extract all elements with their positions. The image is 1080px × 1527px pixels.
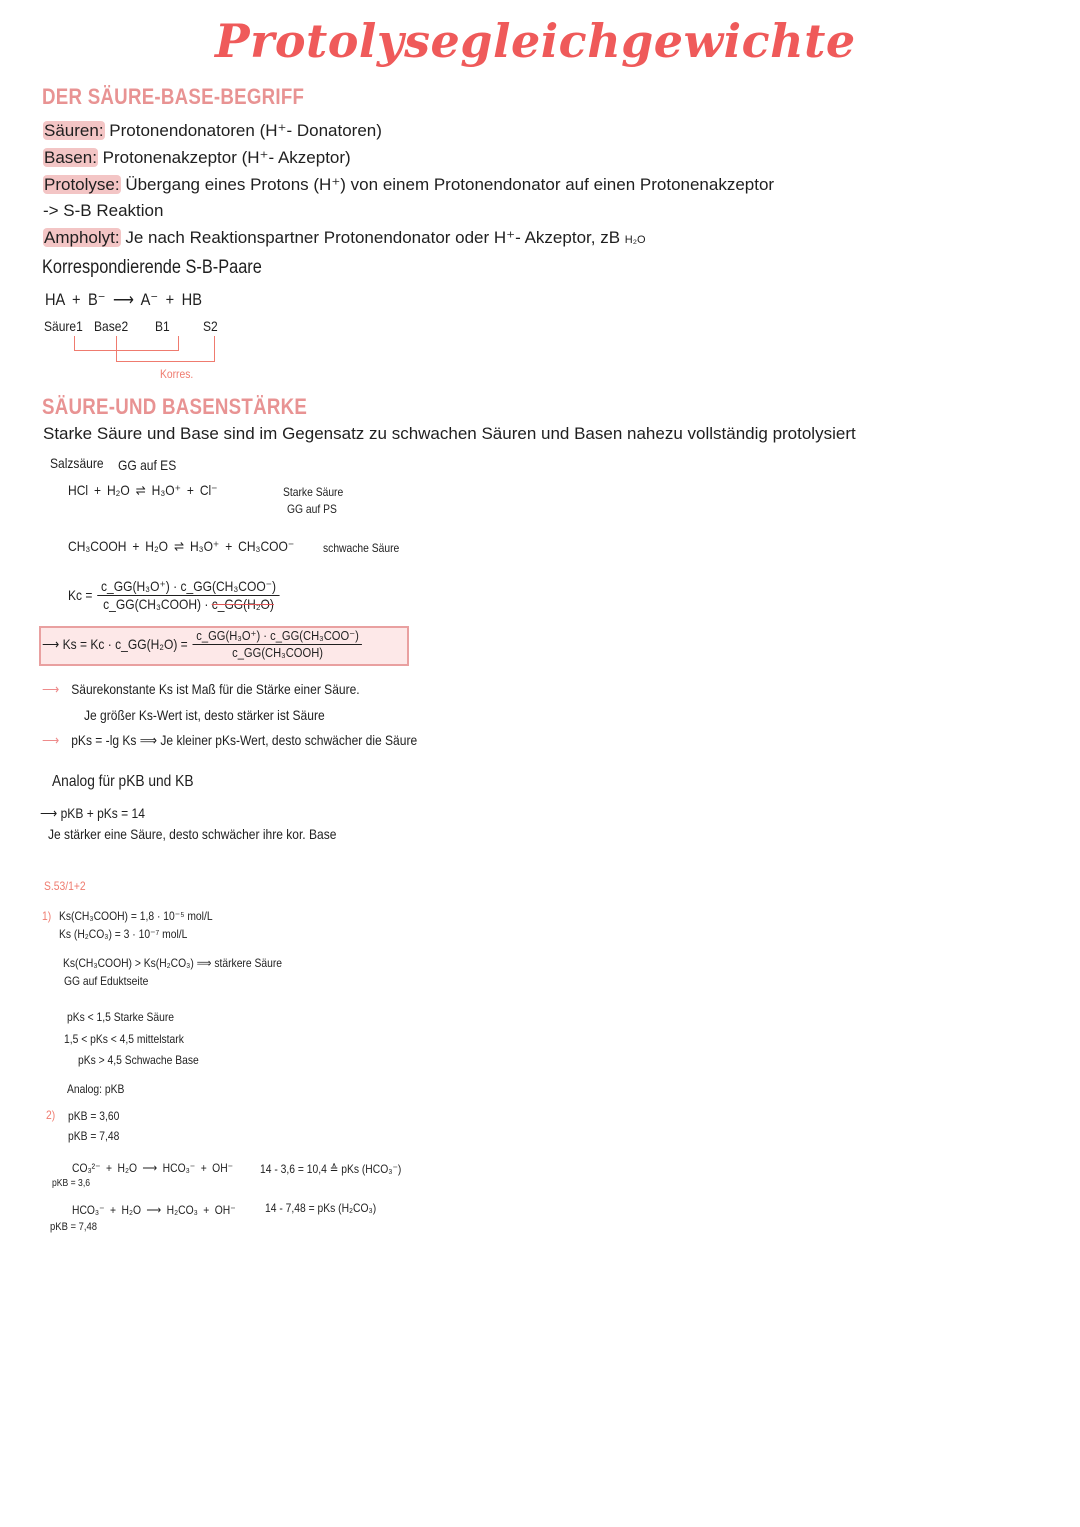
definition-bases: Basen: Protonenakzeptor (H⁺- Akzeptor)	[43, 148, 351, 168]
kc-denominator-a: c_GG(CH₃COOH) ·	[103, 596, 212, 612]
ks-expression: ⟶ Ks = Kc · c_GG(H₂O) = c_GG(H₃O⁺) · c_G…	[42, 628, 362, 660]
kc-denominator: c_GG(CH₃COOH) · c_GG(H₂O)	[100, 596, 278, 612]
pks-scale-weak: pKs > 4,5 Schwache Base	[78, 1053, 199, 1067]
term-acids: Säuren:	[43, 121, 105, 140]
pair-label-acid1: Säure1	[44, 318, 83, 334]
kc-fraction: c_GG(H₃O⁺) · c_GG(CH₃COO⁻) c_GG(CH₃COOH)…	[98, 578, 280, 612]
hcl-note: GG auf ES	[118, 457, 176, 473]
bicarbonate-reaction: HCO₃⁻ + H₂O ⟶ H₂CO₃ + OH⁻	[72, 1203, 236, 1217]
carbonate-pkb: pKB = 3,6	[52, 1178, 90, 1189]
exercise-2-number: 2)	[46, 1108, 55, 1122]
bicarbonate-pkb: pKB = 7,48	[50, 1221, 97, 1233]
pair-label-base2: Base2	[94, 318, 128, 334]
pair-label-s2: S2	[203, 318, 218, 334]
ks-acetic: Ks(CH₃COOH) = 1,8 · 10⁻⁵ mol/L	[59, 909, 213, 923]
pair-bracket-2	[116, 336, 215, 362]
pks-scale-medium: 1,5 < pKs < 4,5 mittelstark	[64, 1032, 184, 1046]
arrow-icon: ⟶	[42, 681, 59, 697]
pks-scale-strong: pKs < 1,5 Starke Säure	[67, 1010, 174, 1024]
hcl-label: Salzsäure	[50, 455, 104, 471]
analog-pkb: Analog für pKB und KB	[52, 773, 194, 791]
term-bases: Basen:	[43, 148, 98, 167]
term-protolysis: Protolyse:	[43, 175, 121, 194]
hcl-side-note-gg: GG auf PS	[287, 502, 337, 516]
kc-lhs: Kc =	[68, 587, 92, 603]
ks-denominator: c_GG(CH₃COOH)	[229, 645, 327, 660]
pairs-equation: HA + B⁻ ⟶ A⁻ + HB	[45, 290, 202, 310]
ks-numerator: c_GG(H₃O⁺) · c_GG(CH₃COO⁻)	[193, 628, 362, 645]
page-title: Protolysegleichgewichte	[215, 14, 856, 68]
note-text: pKs = -lg Ks ⟹ Je kleiner pKs-Wert, dest…	[71, 732, 417, 748]
strength-intro: Starke Säure und Base sind im Gegensatz …	[43, 424, 856, 444]
definition-text: Protonendonatoren (H⁺- Donatoren)	[109, 121, 382, 140]
ks-comparison: Ks(CH₃COOH) > Ks(H₂CO₃) ⟹ stärkere Säure	[63, 956, 282, 970]
definition-note: H₂O	[625, 234, 646, 246]
note-pks: ⟶ pKs = -lg Ks ⟹ Je kleiner pKs-Wert, de…	[42, 732, 417, 749]
exercise-1-number: 1)	[42, 909, 51, 923]
bicarbonate-calc: 14 - 7,48 = pKs (H₂CO₃)	[265, 1201, 376, 1215]
kc-denominator-b: c_GG(H₂O)	[212, 596, 274, 612]
analog-pkb-note: Analog: pKB	[67, 1082, 124, 1096]
ks-comparison-note: GG auf Eduktseite	[64, 974, 148, 988]
pair-label-b1: B1	[155, 318, 170, 334]
ks-fraction: c_GG(H₃O⁺) · c_GG(CH₃COO⁻) c_GG(CH₃COOH)	[193, 628, 362, 660]
carbonate-calc: 14 - 3,6 = 10,4 ≙ pKs (HCO₃⁻)	[260, 1162, 401, 1176]
definition-sb-reaction: -> S-B Reaktion	[43, 201, 163, 221]
note-text: Säurekonstante Ks ist Maß für die Stärke…	[71, 681, 359, 697]
ks-carbonic: Ks (H₂CO₃) = 3 · 10⁻⁷ mol/L	[59, 927, 187, 941]
exercise-reference: S.53/1+2	[44, 879, 86, 893]
definition-text: Übergang eines Protons (H⁺) von einem Pr…	[125, 175, 774, 194]
pairs-heading: Korrespondierende S-B-Paare	[42, 257, 262, 279]
ks-lhs: ⟶ Ks = Kc · c_GG(H₂O) =	[42, 636, 188, 653]
kc-numerator: c_GG(H₃O⁺) · c_GG(CH₃COO⁻)	[98, 578, 280, 596]
kc-expression: Kc = c_GG(H₃O⁺) · c_GG(CH₃COO⁻) c_GG(CH₃…	[68, 578, 279, 612]
pkb-value-2: pKB = 7,48	[68, 1129, 119, 1143]
pairs-bracket-label: Korres.	[160, 367, 193, 381]
carbonate-reaction: CO₃²⁻ + H₂O ⟶ HCO₃⁻ + OH⁻	[72, 1161, 233, 1175]
term-ampholyte: Ampholyt:	[43, 228, 121, 247]
section-heading-acid-base-strength: SÄURE-UND BASENSTÄRKE	[42, 394, 307, 420]
pkb-pks-sum: ⟶ pKB + pKs = 14	[40, 805, 145, 822]
hcl-equation: HCl + H₂O ⇌ H₃O⁺ + Cl⁻	[68, 482, 218, 499]
section-heading-acid-base-concept: DER SÄURE-BASE-BEGRIFF	[42, 84, 304, 110]
note-ks-larger: Je größer Ks-Wert ist, desto stärker ist…	[84, 707, 325, 723]
definition-ampholyte: Ampholyt: Je nach Reaktionspartner Proto…	[43, 228, 646, 248]
pkb-value-1: pKB = 3,60	[68, 1109, 119, 1123]
definition-text: Je nach Reaktionspartner Protonendonator…	[125, 228, 620, 247]
definition-text: Protonenakzeptor (H⁺- Akzeptor)	[103, 148, 351, 167]
definition-protolysis: Protolyse: Übergang eines Protons (H⁺) v…	[43, 175, 774, 195]
acetic-equation: CH₃COOH + H₂O ⇌ H₃O⁺ + CH₃COO⁻	[68, 538, 294, 555]
acetic-side-note: schwache Säure	[323, 541, 399, 555]
definition-acids: Säuren: Protonendonatoren (H⁺- Donatoren…	[43, 121, 382, 141]
hcl-side-note-strong: Starke Säure	[283, 485, 343, 499]
note-ks-measure: ⟶ Säurekonstante Ks ist Maß für die Stär…	[42, 681, 360, 698]
strength-conclusion: Je stärker eine Säure, desto schwächer i…	[48, 826, 336, 842]
arrow-icon: ⟶	[42, 732, 59, 748]
